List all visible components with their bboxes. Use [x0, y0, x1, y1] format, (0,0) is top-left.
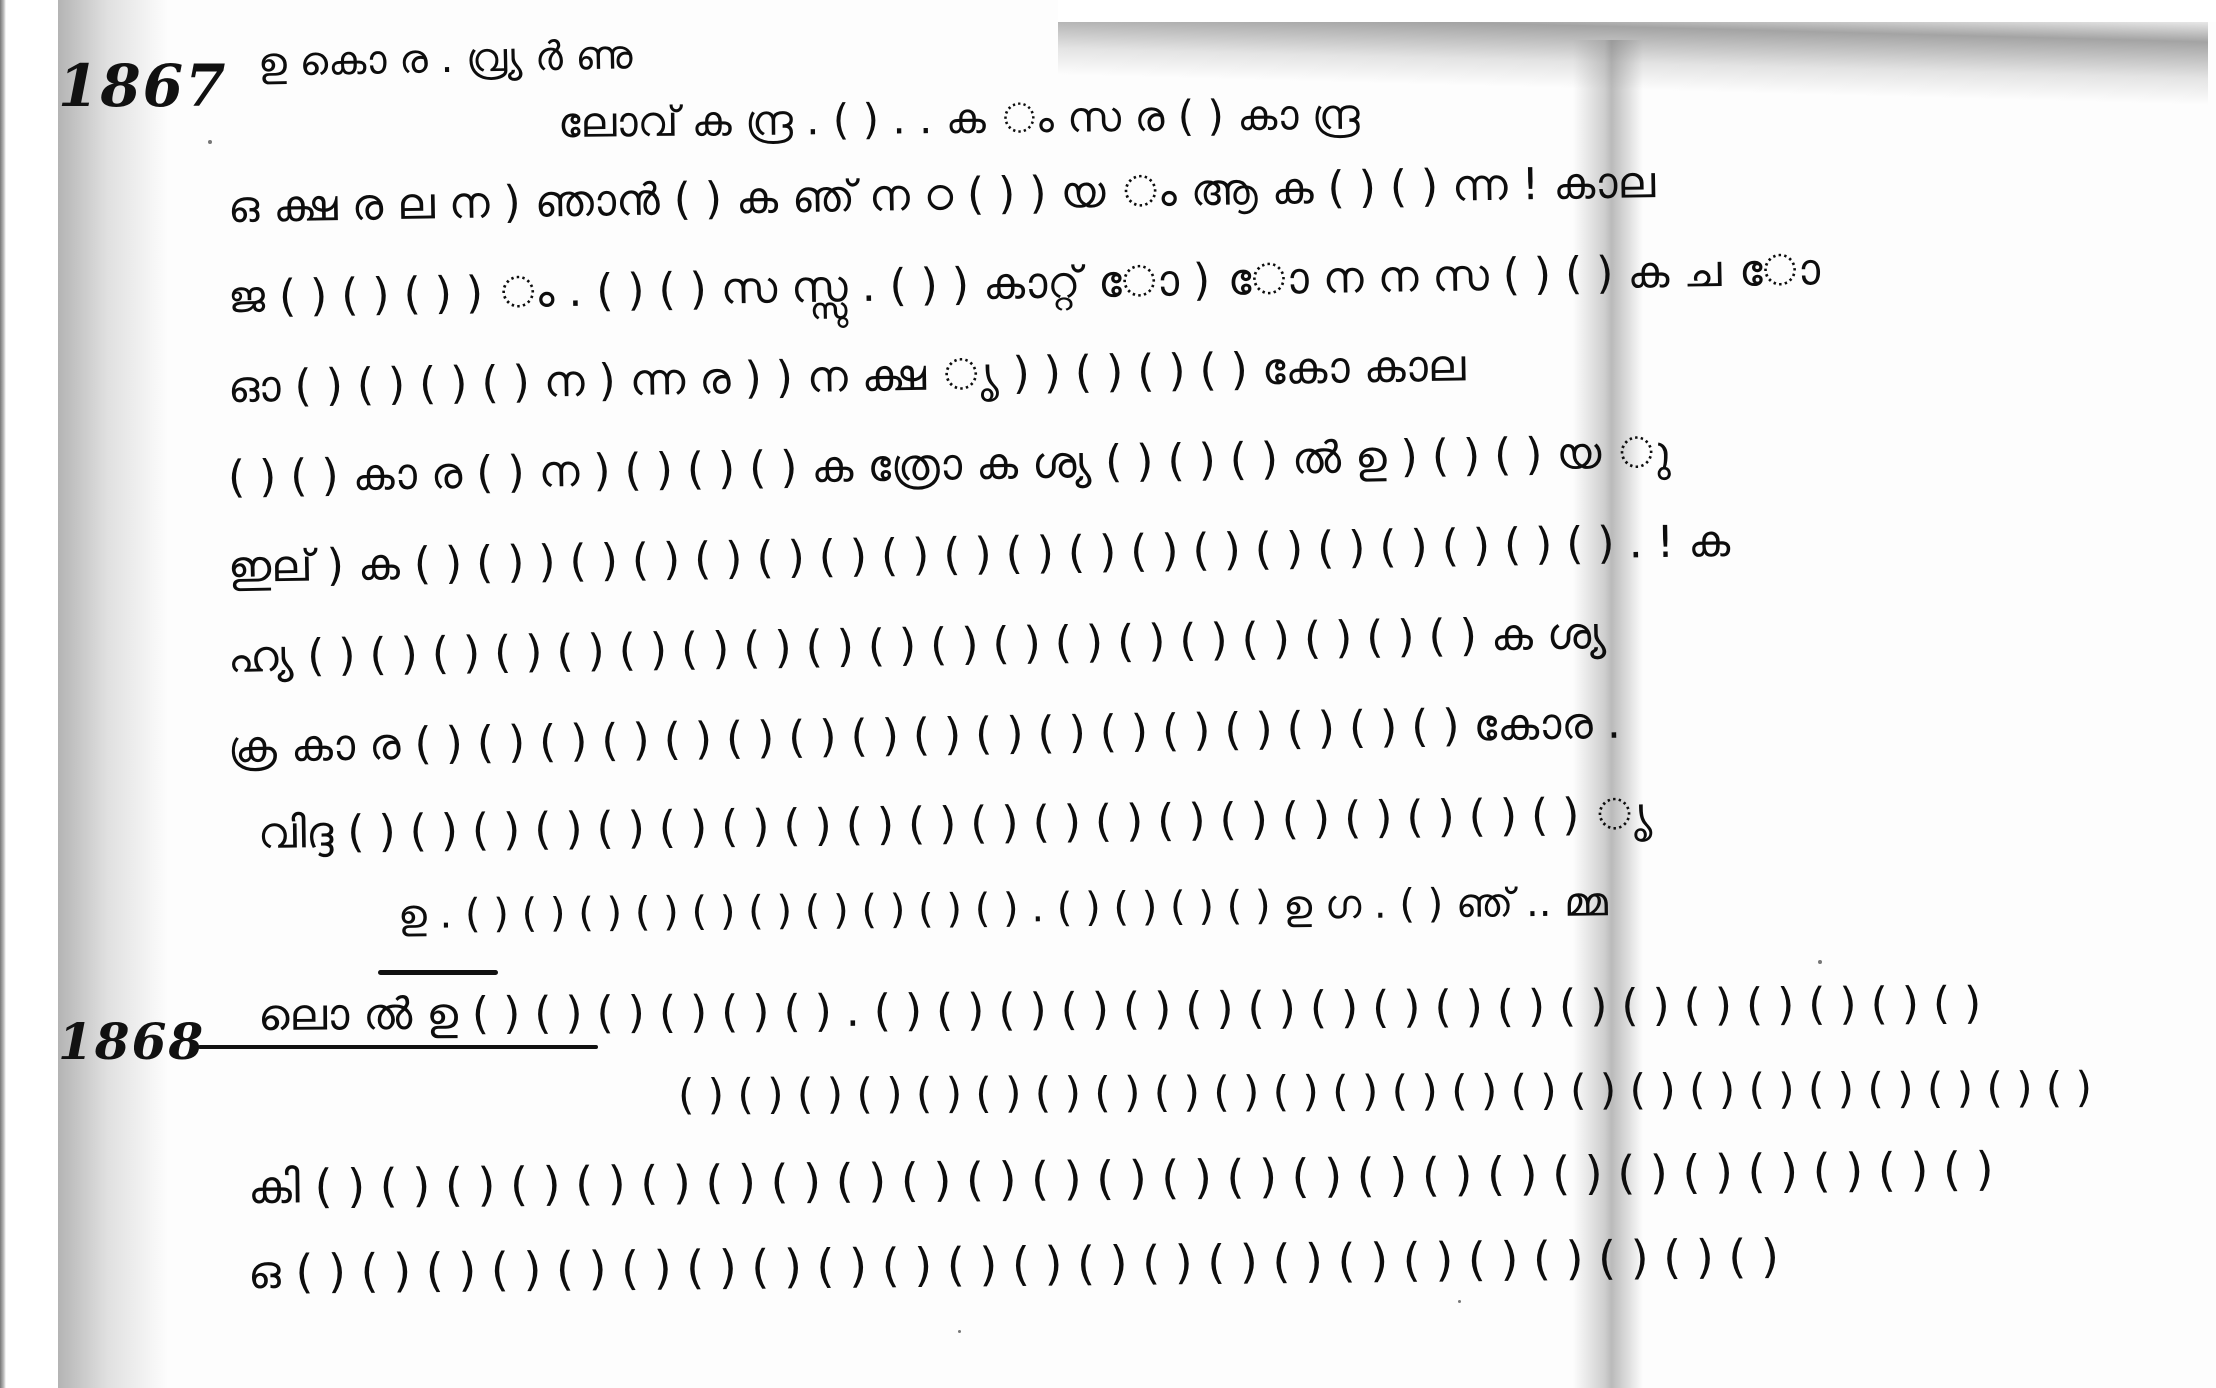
manuscript-line: ഒ ക്ഷ ര ല ന ) ഞാന്‍ ( ) ക ഞ് ന ഠ ( ) ) യ… — [228, 157, 1656, 233]
manuscript-line: ഉ . ( ) ( ) ( ) ( ) ( ) ( ) ( ) ( ) ( ) … — [398, 879, 1608, 938]
paper-speck — [1818, 960, 1822, 964]
manuscript-line: ഒ ( ) ( ) ( ) ( ) ( ) ( ) ( ) ( ) ( ) ( … — [248, 1229, 1780, 1301]
ink-stroke — [378, 970, 498, 975]
manuscript-line: കി ( ) ( ) ( ) ( ) ( ) ( ) ( ) ( ) ( ) (… — [248, 1142, 1994, 1216]
manuscript-line: ( ) ( ) കാ ര ( ) ന ) ( ) ( ) ( ) ക ത്രോ … — [228, 427, 1671, 503]
paper-speck — [1458, 1300, 1461, 1303]
margin-year-1867: 1867 — [58, 52, 227, 120]
manuscript-line: ഓ ( ) ( ) ( ) ( ) ന ) ന്ന ര ) ) ന ക്ഷ ൃ … — [228, 340, 1466, 413]
ink-stroke — [198, 1045, 598, 1049]
paper-speck — [958, 1330, 961, 1333]
manuscript-line: ലോവ് ക ന്ദ്ര . ( ) . . ക ം സ ര ( ) കാ ന്… — [558, 90, 1360, 148]
manuscript-line: ഹ്യ ( ) ( ) ( ) ( ) ( ) ( ) ( ) ( ) ( ) … — [228, 608, 1607, 683]
manuscript-line: ഉ കൊ ര . വ്ര്യ ർ ണു — [258, 32, 633, 86]
paper-speck — [208, 140, 212, 144]
left-margin-shadow — [58, 0, 168, 1388]
manuscript-line: ലൊ ൽ ഉ ( ) ( ) ( ) ( ) ( ) ( ) . ( ) ( )… — [258, 978, 1982, 1041]
manuscript-page: 1867 ഉ കൊ ര . വ്ര്യ ർ ണു ലോവ് ക ന്ദ്ര . … — [58, 0, 2216, 1388]
manuscript-line: ( ) ( ) ( ) ( ) ( ) ( ) ( ) ( ) ( ) ( ) … — [678, 1063, 2092, 1119]
manuscript-line: ക്ര കാ ര ( ) ( ) ( ) ( ) ( ) ( ) ( ) ( )… — [228, 698, 1622, 773]
manuscript-line: വിദ്ദ ( ) ( ) ( ) ( ) ( ) ( ) ( ) ( ) ( … — [258, 789, 1653, 859]
top-edge-paper — [1058, 0, 2216, 22]
margin-year-1868: 1868 — [58, 1012, 205, 1071]
manuscript-line: ഇല് ) ക ( ) ( ) ) ( ) ( ) ( ) ( ) ( ) ( … — [228, 516, 1731, 593]
scan-left-edge — [0, 0, 6, 1388]
